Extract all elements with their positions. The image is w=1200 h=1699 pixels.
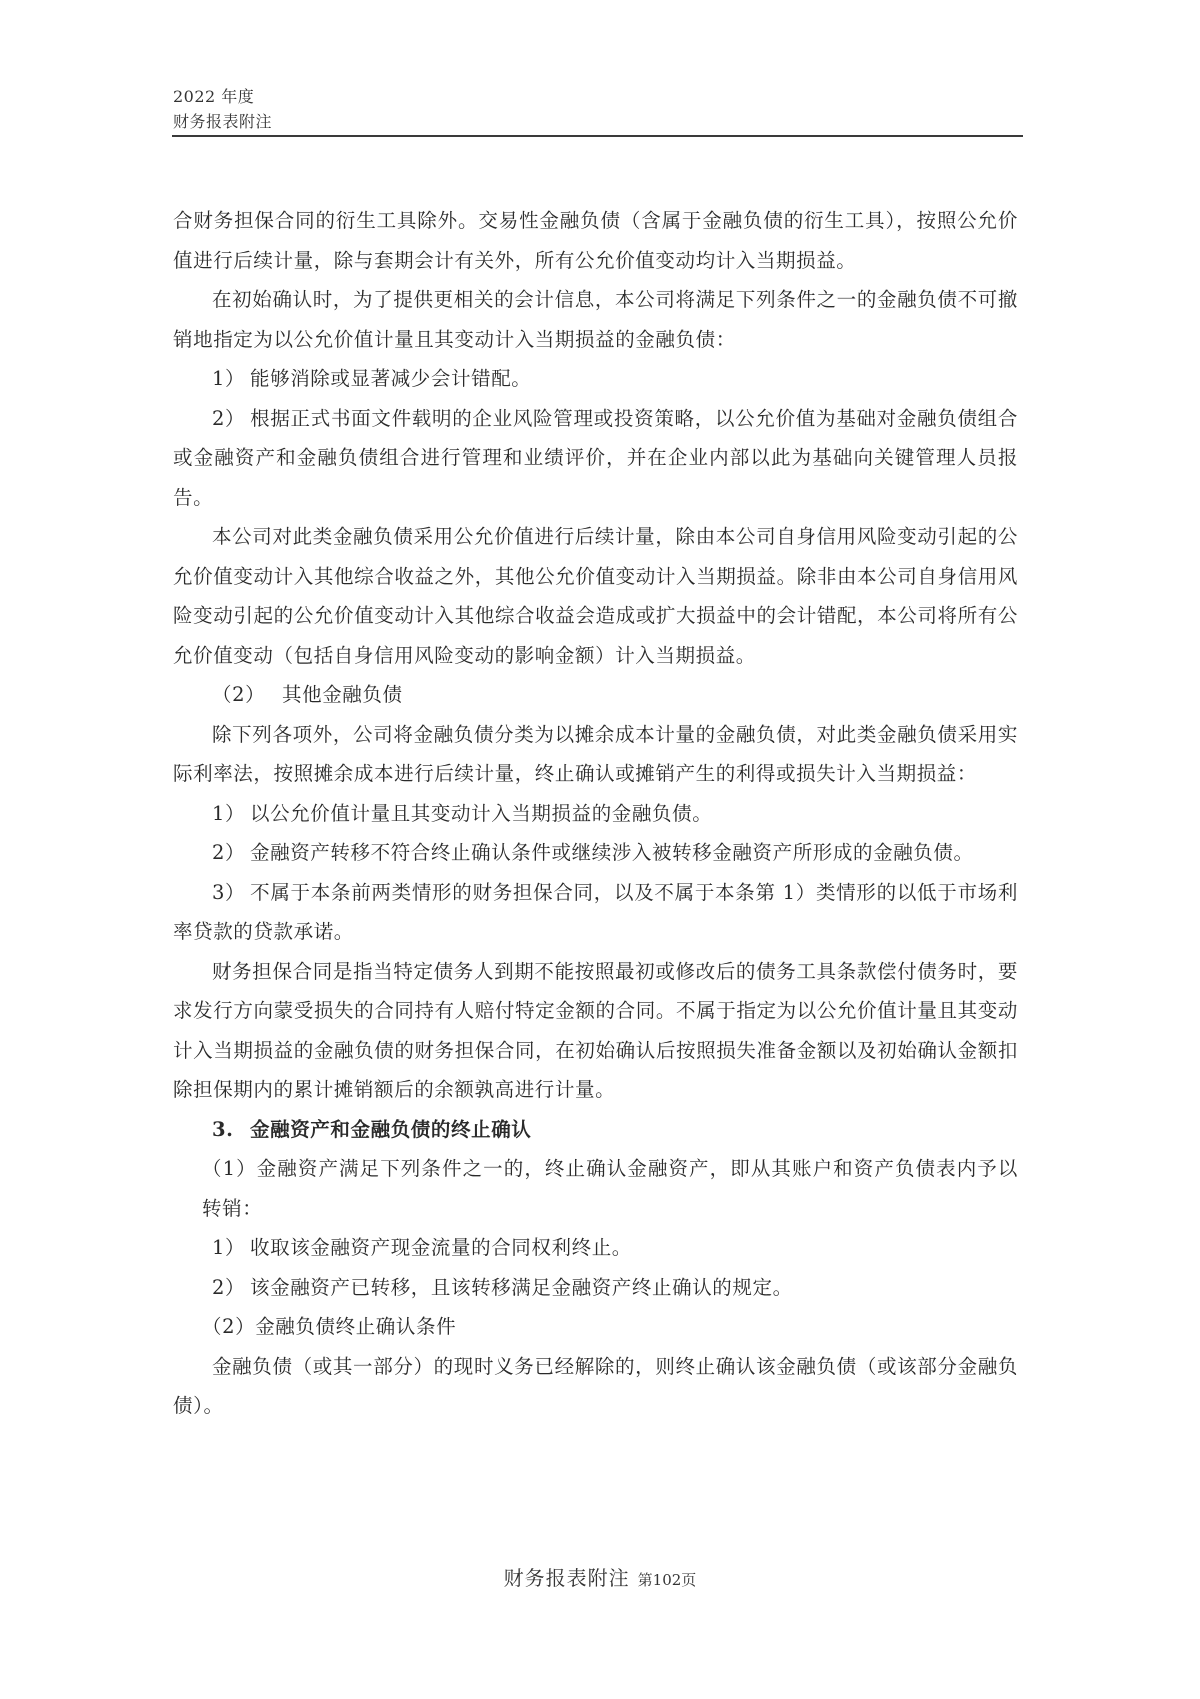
- list-text: 能够消除或显著减少会计错配。: [250, 367, 531, 390]
- paragraph-trading-liabilities: 合财务担保合同的衍生工具除外。交易性金融负债（含属于金融负债的衍生工具），按照公…: [173, 201, 1018, 280]
- list-text: 金融资产转移不符合终止确认条件或继续涉入被转移金融资产所形成的金融负债。: [250, 841, 974, 864]
- paragraph-asset-derecognition: （1）金融资产满足下列条件之一的，终止确认金融资产，即从其账户和资产负债表内予以…: [173, 1149, 1018, 1228]
- subsection-heading-liability-derecognition: （2）金融负债终止确认条件: [173, 1307, 1018, 1347]
- section-title: 金融资产和金融负债的终止确认: [250, 1118, 531, 1141]
- list-number: 3）: [212, 873, 250, 913]
- list-item: 1）能够消除或显著减少会计错配。: [173, 359, 1018, 399]
- subsection-heading: （2）其他金融负债: [173, 675, 1018, 715]
- section-heading: 3.金融资产和金融负债的终止确认: [173, 1110, 1018, 1150]
- paragraph-liability-derecognition: 金融负债（或其一部分）的现时义务已经解除的，则终止确认该金融负债（或该部分金融负…: [173, 1347, 1018, 1426]
- list-number: 2）: [212, 399, 250, 439]
- list-item: 2）该金融资产已转移，且该转移满足金融资产终止确认的规定。: [173, 1268, 1018, 1308]
- paragraph-fair-value-measurement: 本公司对此类金融负债采用公允价值进行后续计量，除由本公司自身信用风险变动引起的公…: [173, 517, 1018, 675]
- list-item: 2）金融资产转移不符合终止确认条件或继续涉入被转移金融资产所形成的金融负债。: [173, 833, 1018, 873]
- list-number: 1）: [212, 794, 250, 834]
- footer-title: 财务报表附注: [504, 1566, 630, 1590]
- list-text: 该金融资产已转移，且该转移满足金融资产终止确认的规定。: [250, 1276, 793, 1299]
- list-item: 2）根据正式书面文件载明的企业风险管理或投资策略，以公允价值为基础对金融负债组合…: [173, 399, 1018, 518]
- list-number: 1）: [212, 359, 250, 399]
- list-number: 1）: [212, 1228, 250, 1268]
- list-text: 收取该金融资产现金流量的合同权利终止。: [250, 1236, 632, 1259]
- paragraph-financial-guarantee: 财务担保合同是指当特定债务人到期不能按照最初或修改后的债务工具条款偿付债务时，要…: [173, 952, 1018, 1110]
- subsection-number: （2）: [212, 675, 282, 715]
- list-text: 不属于本条前两类情形的财务担保合同，以及不属于本条第 1）类情形的以低于市场利率…: [173, 881, 1018, 944]
- page-footer: 财务报表附注第102页: [0, 1562, 1200, 1591]
- header-year: 2022 年度: [173, 84, 1023, 109]
- page-number: 第102页: [638, 1571, 697, 1589]
- list-number: 2）: [212, 833, 250, 873]
- section-number: 3.: [212, 1110, 250, 1150]
- list-item: 1）收取该金融资产现金流量的合同权利终止。: [173, 1228, 1018, 1268]
- list-text: 以公允价值计量且其变动计入当期损益的金融负债。: [250, 802, 712, 825]
- list-item: 1）以公允价值计量且其变动计入当期损益的金融负债。: [173, 794, 1018, 834]
- paragraph-initial-designation: 在初始确认时，为了提供更相关的会计信息，本公司将满足下列条件之一的金融负债不可撤…: [173, 280, 1018, 359]
- document-body: 合财务担保合同的衍生工具除外。交易性金融负债（含属于金融负债的衍生工具），按照公…: [173, 201, 1018, 1426]
- list-number: 2）: [212, 1268, 250, 1308]
- subsection-title: 其他金融负债: [282, 683, 403, 706]
- list-text: 根据正式书面文件载明的企业风险管理或投资策略，以公允价值为基础对金融负债组合或金…: [173, 407, 1018, 509]
- header-title: 财务报表附注: [173, 109, 1023, 134]
- list-item: 3）不属于本条前两类情形的财务担保合同，以及不属于本条第 1）类情形的以低于市场…: [173, 873, 1018, 952]
- paragraph-amortized-cost: 除下列各项外，公司将金融负债分类为以摊余成本计量的金融负债，对此类金融负债采用实…: [173, 715, 1018, 794]
- header-divider: [172, 135, 1023, 137]
- page-header: 2022 年度 财务报表附注: [173, 84, 1023, 134]
